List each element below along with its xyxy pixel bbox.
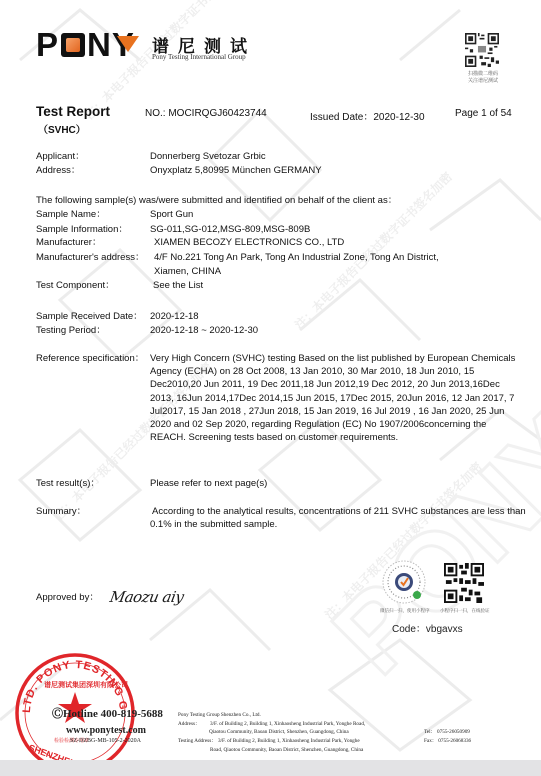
test-result-label: Test result(s)： [36, 477, 100, 490]
reference-label: Reference specification： [36, 352, 144, 365]
approved-by-label: Approved by： [36, 591, 99, 604]
manufacturer-address-label: Manufacturer's address： [36, 251, 144, 264]
test-component-label: Test Component： [36, 279, 115, 292]
footer-tel: Tel： 0755-26050909 [424, 728, 470, 736]
hotline[interactable]: ⒸHotline 400-819-5688 [52, 705, 163, 721]
document-template-number: SZ-DZBG-MB-105-2-2020A [70, 738, 141, 744]
wechat-qr-code-icon [465, 33, 499, 67]
footer-address-line1: 3/F. of Building 2, Building 1, Xinhaosh… [210, 720, 365, 728]
footer-address-line2: Qiaotou Community, Baoan District, Shenz… [209, 728, 349, 736]
sample-info-label: Sample Information： [36, 223, 128, 236]
footer-address-label: Address： [178, 720, 200, 728]
testing-period-value: 2020-12-18 ~ 2020-12-30 [150, 324, 258, 337]
verification-qr-caption: 小程序扫一扫，在线验证 [440, 608, 490, 614]
report-type: （SVHC） [38, 121, 86, 136]
sample-name-value: Sport Gun [150, 208, 193, 221]
summary-label: Summary： [36, 505, 86, 518]
approver-signature: Maozu aiy [108, 588, 185, 606]
reference-text: Very High Concern (SVHC) testing Based o… [150, 352, 520, 444]
logo-subtitle: Pony Testing International Group [152, 53, 246, 61]
report-number: NO.: MOCIRQGJ60423744 [145, 108, 267, 119]
footer-company: Pony Testing Group Shenzhen Co., Ltd. [178, 711, 261, 719]
issued-date: Issued Date：2020-12-30 [310, 108, 425, 123]
verification-qr-code-icon [444, 563, 484, 603]
footer-fax: Fax： 0755-26068336 [424, 737, 471, 745]
wechat-qr-caption: 扫描微二维码 关注谱尼测试 [458, 71, 508, 85]
footer-testing-address-line2: Road, Qiaotou Community, Baoan District,… [210, 746, 363, 754]
address-value: Onyxplatz 5,80995 München GERMANY [150, 164, 322, 177]
manufacturer-label: Manufacturer： [36, 236, 101, 249]
logo-orange-square-icon [61, 33, 85, 57]
summary-text: According to the analytical results, con… [150, 505, 530, 531]
sample-name-label: Sample Name： [36, 208, 106, 221]
received-date-value: 2020-12-18 [150, 310, 199, 323]
footer-testing-address-label: Testing Address： [178, 737, 216, 745]
manufacturer-address-line2: Xiamen, CHINA [154, 265, 221, 278]
test-result-value: Please refer to next page(s) [150, 477, 267, 490]
verification-code: Code：vbgavxs [392, 620, 463, 635]
page-number: Page 1 of 54 [455, 108, 512, 119]
svg-text:谱尼测试集团深圳有限公司: 谱尼测试集团深圳有限公司 [44, 680, 128, 689]
received-date-label: Sample Received Date： [36, 310, 143, 323]
manufacturer-address-line1: 4/F No.221 Tong An Park, Tong An Industr… [154, 251, 439, 264]
applicant-value: Donnerberg Svetozar Grbic [150, 150, 266, 163]
applicant-label: Applicant： [36, 150, 85, 163]
logo-triangle-icon [117, 36, 139, 52]
miniprogram-caption: 微信扫一扫，使用小程序 [380, 608, 430, 614]
sample-info-value: SG-011,SG-012,MSG-809,MSG-809B [150, 223, 310, 236]
report-title: Test Report [36, 104, 110, 119]
testing-period-label: Testing Period： [36, 324, 106, 337]
report-page: 注：本电子报告已经过数字证书签名加密 注：本电子报告已经过数字证书签名加密 注：… [0, 0, 541, 760]
address-label: Address： [36, 164, 80, 177]
website-link[interactable]: www.ponytest.com [66, 725, 146, 736]
miniprogram-code-icon [382, 560, 426, 604]
manufacturer-value: XIAMEN BECOZY ELECTRONICS CO., LTD [154, 236, 344, 249]
sample-intro: The following sample(s) was/were submitt… [36, 194, 397, 207]
footer-testing-address-line1: 3/F. of Building 2, Building 1, Xinhaosh… [218, 737, 360, 745]
logo-letter-p: P [36, 30, 59, 60]
test-component-value: See the List [153, 279, 203, 292]
